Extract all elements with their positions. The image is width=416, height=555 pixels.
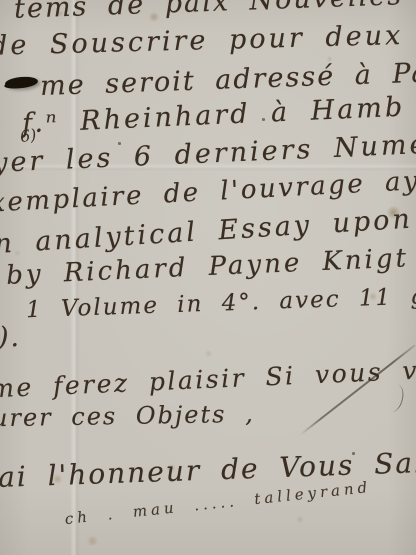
manuscript-line: de Souscrire pour deux Exem: [0, 17, 416, 62]
manuscript-line: me ferez plaisir Si vous voul: [0, 354, 416, 404]
marginal-mark: 6): [19, 125, 38, 146]
manuscript-line: ).: [0, 322, 21, 353]
ink-blot-strikethrough: [5, 76, 39, 90]
letter-page: tems de paix Nouvelles de Souscrire pour…: [0, 0, 416, 555]
foxing-spot: [204, 350, 213, 357]
manuscript-line: urer ces Objets ,: [0, 400, 255, 433]
foxing-spot: [86, 536, 99, 546]
foxing-spot: [296, 516, 304, 523]
pen-flourish-curl: [383, 382, 406, 413]
